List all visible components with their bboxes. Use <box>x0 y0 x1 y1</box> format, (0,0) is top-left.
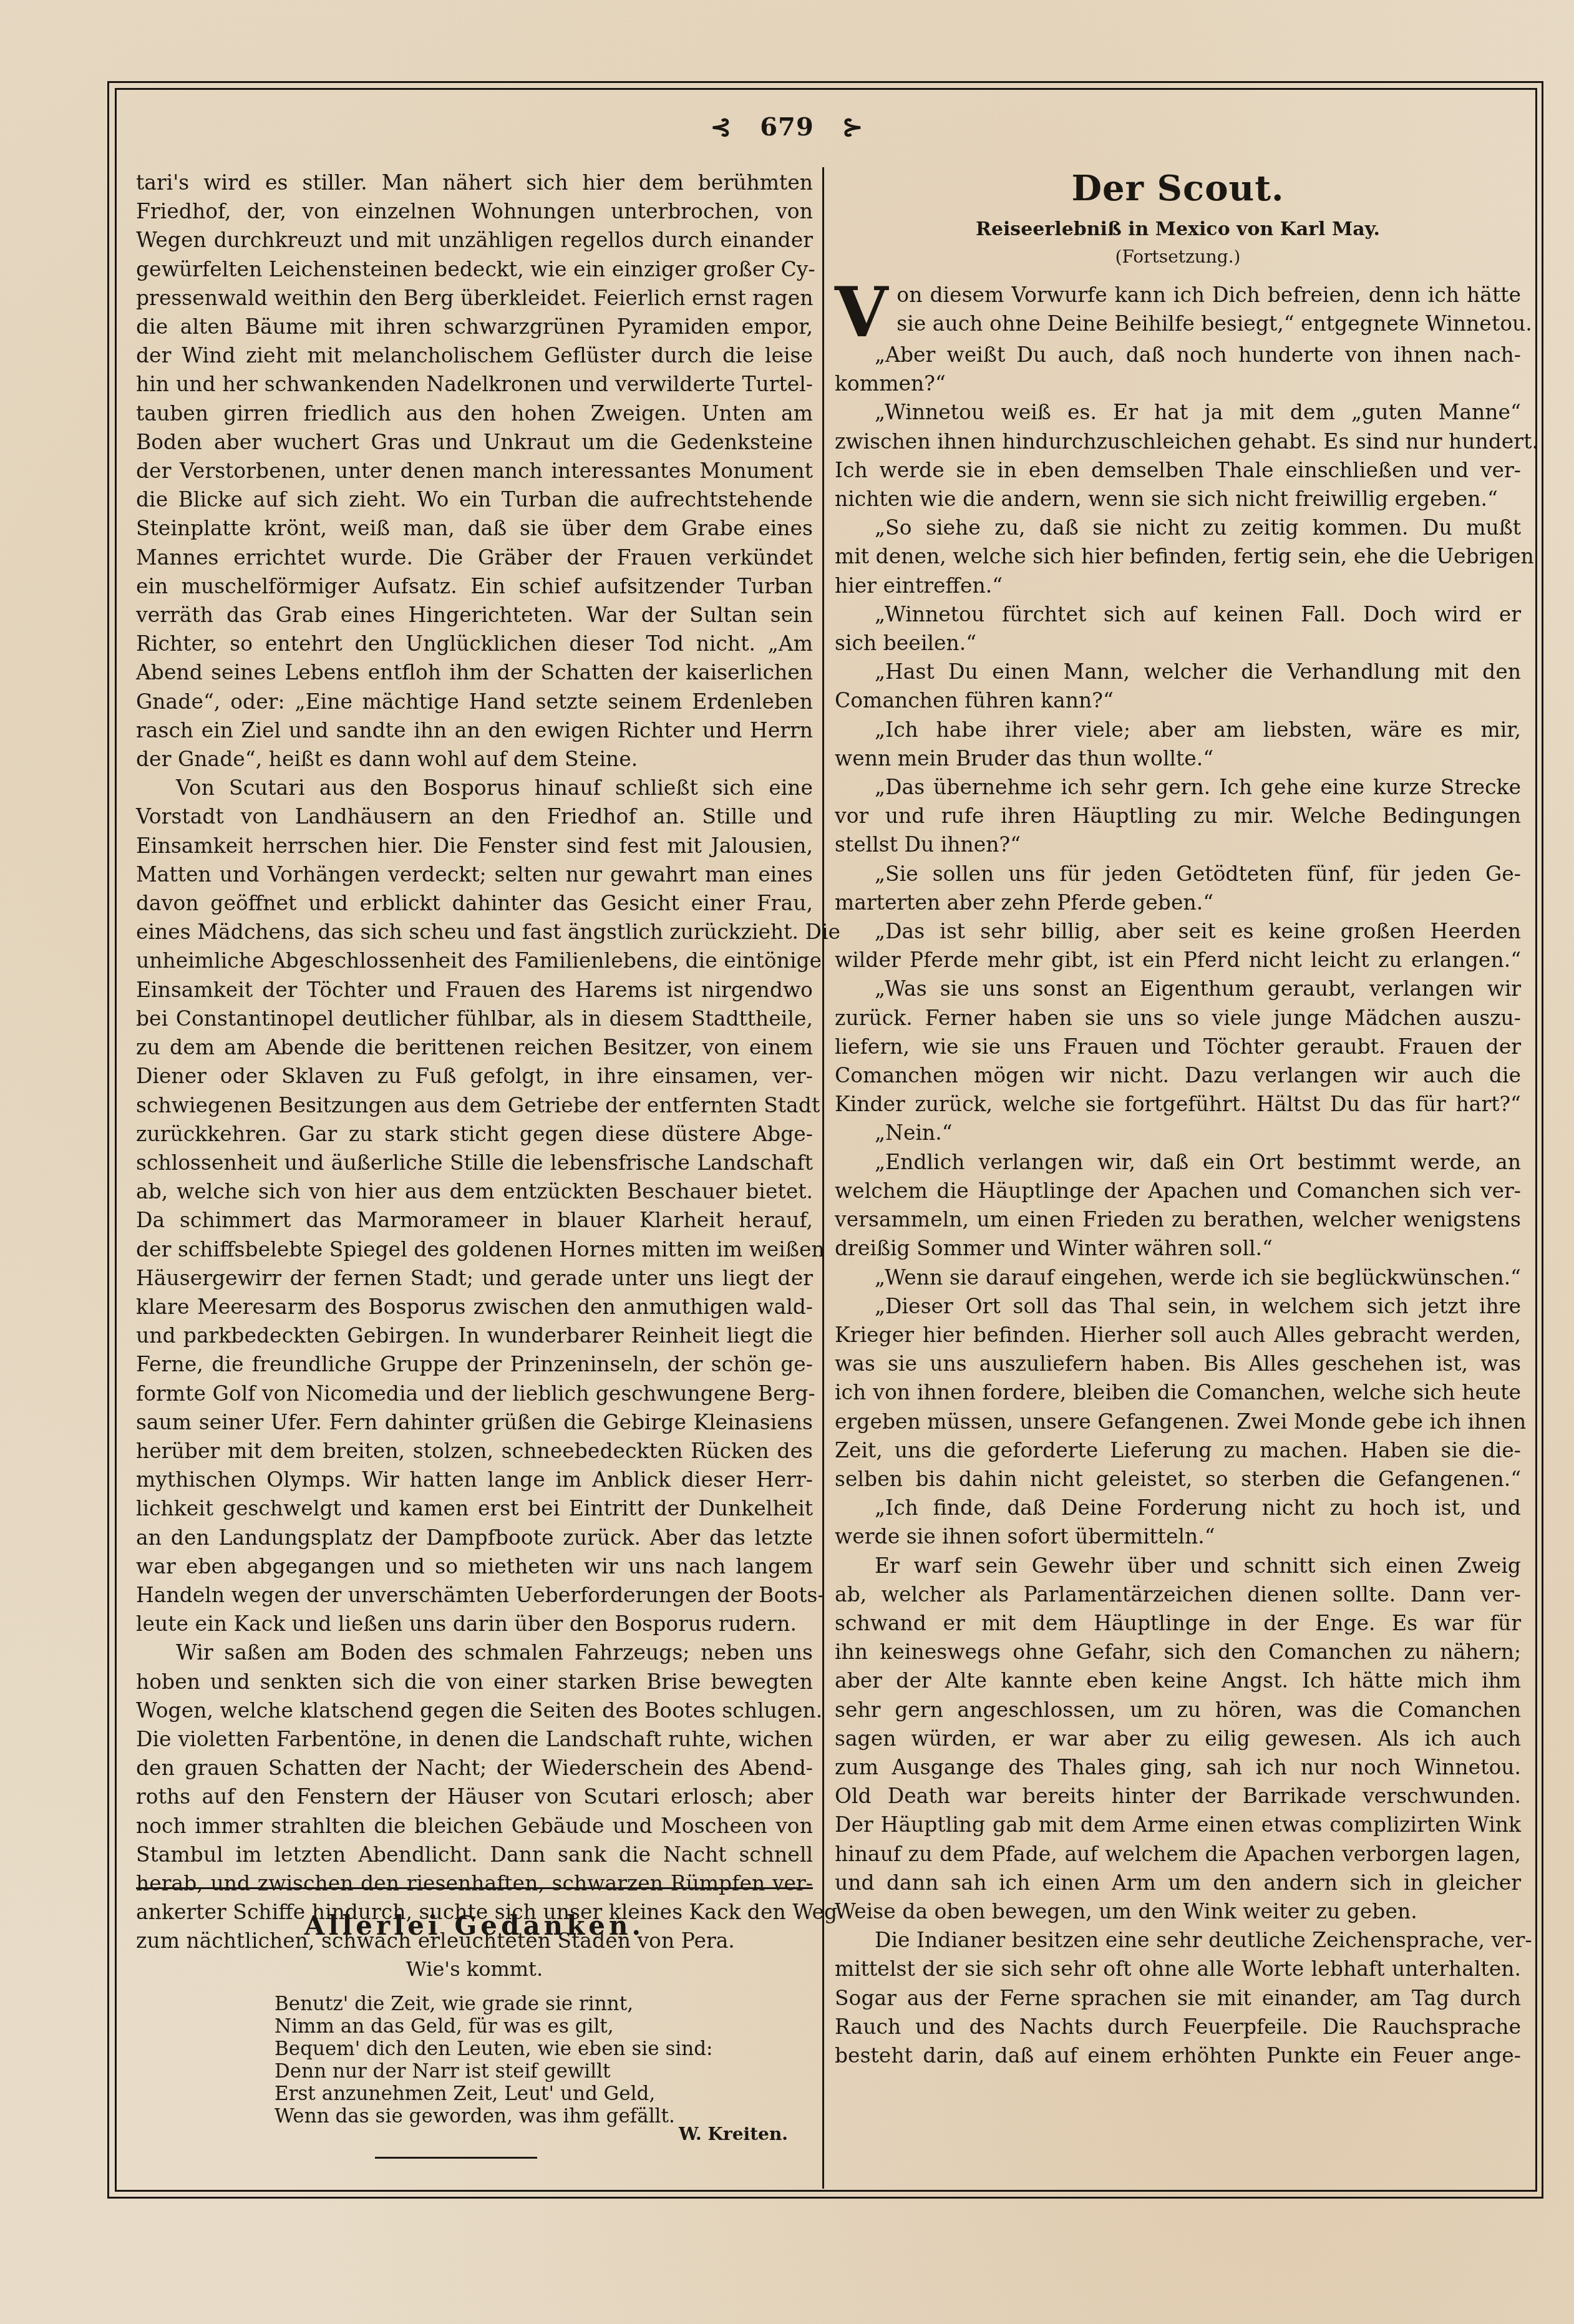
text-line: wilder Pferde mehr gibt, ist ein Pferd n… <box>835 946 1521 975</box>
text-line: nichten wie die andern, wenn sie sich ni… <box>835 485 1521 513</box>
text-line: schlossenheit und äußerliche Stille die … <box>136 1149 813 1177</box>
text-line: sagen würden, er war aber zu eilig gewes… <box>835 1724 1521 1753</box>
end-rule <box>375 2157 537 2159</box>
poem-line: Bequem' dich den Leuten, wie eben sie si… <box>274 2038 813 2060</box>
text-line: was sie uns auszuliefern haben. Bis Alle… <box>835 1349 1521 1378</box>
text-line: schwiegenen Besitzungen aus dem Getriebe… <box>136 1091 813 1120</box>
text-line: der Wind zieht mit melancholischem Geflü… <box>136 341 813 370</box>
text-line: „Sie sollen uns für jeden Getödteten fün… <box>835 860 1521 888</box>
text-line: „Nein.“ <box>835 1119 1521 1147</box>
ornament-left-icon: ⊰ <box>711 112 732 142</box>
text-line: „Dieser Ort soll das Thal sein, in welch… <box>835 1292 1521 1321</box>
text-line: die Blicke auf sich zieht. Wo ein Turban… <box>136 485 813 514</box>
text-line: Steinplatte krönt, weiß man, daß sie übe… <box>136 514 813 543</box>
text-line: Ich werde sie in eben demselben Thale ei… <box>835 456 1521 485</box>
text-line: davon geöffnet und erblickt dahinter das… <box>136 889 813 918</box>
text-line: Da schimmert das Marmorameer in blauer K… <box>136 1206 813 1235</box>
right-column: Der Scout. Reiseerlebniß in Mexico von K… <box>835 168 1521 2070</box>
text-line: mit denen, welche sich hier befinden, fe… <box>835 542 1521 571</box>
text-line: selben bis dahin nicht geleistet, so ste… <box>835 1465 1521 1494</box>
poem-body: Benutz' die Zeit, wie grade sie rinnt, N… <box>274 1993 813 2127</box>
left-column: tari's wird es stiller. Man nähert sich … <box>136 168 813 1956</box>
text-line: „Das ist sehr billig, aber seit es keine… <box>835 917 1521 946</box>
text-line: der Gnade“, heißt es dann wohl auf dem S… <box>136 745 813 774</box>
text-line: schwand er mit dem Häuptlinge in der Eng… <box>835 1609 1521 1638</box>
text-line: „Hast Du einen Mann, welcher die Verhand… <box>835 658 1521 686</box>
text-line: wenn mein Bruder das thun wollte.“ <box>835 744 1521 773</box>
text-line: besteht darin, daß auf einem erhöhten Pu… <box>835 2041 1521 2070</box>
page-number: 679 <box>760 112 814 142</box>
text-line: ab, welche sich von hier aus dem entzück… <box>136 1177 813 1206</box>
text-line: lichkeit geschwelgt und kamen erst bei E… <box>136 1494 813 1523</box>
text-line: Er warf sein Gewehr über und schnitt sic… <box>835 1552 1521 1580</box>
text-line: Comanchen führen kann?“ <box>835 686 1521 715</box>
text-line: ihn keineswegs ohne Gefahr, sich den Com… <box>835 1638 1521 1666</box>
section-title: Allerlei Gedanken. <box>136 1910 813 1942</box>
text-line: war eben abgegangen und so mietheten wir… <box>136 1552 813 1581</box>
text-line: saum seiner Ufer. Fern dahinter grüßen d… <box>136 1408 813 1437</box>
article-lines: „Aber weißt Du auch, daß noch hunderte v… <box>835 341 1521 2070</box>
text-line: ergeben müssen, unsere Gefangenen. Zwei … <box>835 1408 1521 1436</box>
poem-line: Nimm an das Geld, für was es gilt, <box>274 2015 813 2038</box>
text-line: Zeit, uns die geforderte Lieferung zu ma… <box>835 1436 1521 1465</box>
text-line: zwischen ihnen hindurchzuschleichen geha… <box>835 427 1521 456</box>
text-line: Einsamkeit der Töchter und Frauen des Ha… <box>136 976 813 1004</box>
text-line: „Endlich verlangen wir, daß ein Ort best… <box>835 1148 1521 1177</box>
text-line: gewürfelten Leichensteinen bedeckt, wie … <box>136 255 813 284</box>
text-line: Die violetten Farbentöne, in denen die L… <box>136 1725 813 1754</box>
text-line: zurück. Ferner haben sie uns so viele ju… <box>835 1004 1521 1033</box>
text-line: Wegen durchkreuzt und mit unzähligen reg… <box>136 226 813 255</box>
text-line: dreißig Sommer und Winter währen soll.“ <box>835 1234 1521 1263</box>
drop-cap: V <box>835 284 888 341</box>
text-line: Diener oder Sklaven zu Fuß gefolgt, in i… <box>136 1062 813 1091</box>
text-line: „Ich habe ihrer viele; aber am liebsten,… <box>835 716 1521 744</box>
text-line: noch immer strahlten die bleichen Gebäud… <box>136 1812 813 1840</box>
text-line: versammeln, um einen Frieden zu berathen… <box>835 1205 1521 1234</box>
text-line: hoben und senkten sich die von einer sta… <box>136 1668 813 1696</box>
text-line: zurückkehren. Gar zu stark sticht gegen … <box>136 1120 813 1149</box>
text-line: an den Landungsplatz der Dampfboote zurü… <box>136 1524 813 1552</box>
text-line: den grauen Schatten der Nacht; der Wiede… <box>136 1754 813 1782</box>
poem-section: Allerlei Gedanken. Wie's kommt. Benutz' … <box>136 1887 813 2159</box>
text-line: stellst Du ihnen?“ <box>835 830 1521 859</box>
text-line: Friedhof, der, von einzelnen Wohnungen u… <box>136 197 813 226</box>
text-line: eines Mädchens, das sich scheu und fast … <box>136 918 813 946</box>
text-line: Old Death war bereits hinter der Barrika… <box>835 1782 1521 1811</box>
text-line: und parkbedeckten Gebirgen. In wunderbar… <box>136 1321 813 1350</box>
text-line: Kinder zurück, welche sie fortgeführt. H… <box>835 1090 1521 1119</box>
text-line: Ferne, die freundliche Gruppe der Prinze… <box>136 1350 813 1379</box>
text-line: Comanchen mögen wir nicht. Dazu verlange… <box>835 1061 1521 1090</box>
text-line: formte Golf von Nicomedia und der liebli… <box>136 1379 813 1408</box>
text-line: „Was sie uns sonst an Eigenthum geraubt,… <box>835 975 1521 1003</box>
text-line: liefern, wie sie uns Frauen und Töchter … <box>835 1033 1521 1061</box>
text-line: sich beeilen.“ <box>835 629 1521 658</box>
text-line: Boden aber wuchert Gras und Unkraut um d… <box>136 428 813 457</box>
text-line: zum Ausgange des Thales ging, sah ich nu… <box>835 1753 1521 1782</box>
column-divider <box>822 167 824 2189</box>
text-line: „Das übernehme ich sehr gern. Ich gehe e… <box>835 773 1521 802</box>
article-subtitle: Reiseerlebniß in Mexico von Karl May. <box>835 215 1521 245</box>
text-line: hier eintreffen.“ <box>835 571 1521 600</box>
text-line: der schiffsbelebte Spiegel des goldenen … <box>136 1235 813 1264</box>
text-line: Sogar aus der Ferne sprachen sie mit ein… <box>835 1984 1521 2013</box>
text-line: Von Scutari aus den Bosporus hinauf schl… <box>136 774 813 802</box>
text-line: ein muschelförmiger Aufsatz. Ein schief … <box>136 572 813 601</box>
article-title: Der Scout. <box>835 168 1521 208</box>
text-line: roths auf den Fenstern der Häuser von Sc… <box>136 1782 813 1811</box>
text-line: pressenwald weithin den Berg überkleidet… <box>136 284 813 313</box>
poem-title: Wie's kommt. <box>136 1957 813 1981</box>
text-line: Einsamkeit herrschen hier. Die Fenster s… <box>136 832 813 860</box>
text-line: ich von ihnen fordere, bleiben die Coman… <box>835 1378 1521 1407</box>
article-continuation-note: (Fortsetzung.) <box>835 245 1521 270</box>
text-line: leute ein Kack und ließen uns darin über… <box>136 1610 813 1638</box>
text-line: tauben girren friedlich aus den hohen Zw… <box>136 399 813 428</box>
text-line: unheimliche Abgeschlossenheit des Famili… <box>136 946 813 975</box>
text-line: herüber mit dem breiten, stolzen, schnee… <box>136 1437 813 1466</box>
text-line: sehr gern angeschlossen, um zu hören, wa… <box>835 1696 1521 1724</box>
text-line: „So siehe zu, daß sie nicht zu zeitig ko… <box>835 513 1521 542</box>
text-line: Wir saßen am Boden des schmalen Fahrzeug… <box>136 1638 813 1667</box>
text-line: mythischen Olymps. Wir hatten lange im A… <box>136 1466 813 1494</box>
text-line: klare Meeresarm des Bosporus zwischen de… <box>136 1293 813 1321</box>
text-line: welchem die Häuptlinge der Apachen und C… <box>835 1177 1521 1205</box>
text-line: marterten aber zehn Pferde geben.“ <box>835 888 1521 917</box>
text-line: zu dem am Abende die berittenen reichen … <box>136 1033 813 1062</box>
text-line: Der Häuptling gab mit dem Arme einen etw… <box>835 1811 1521 1839</box>
text-line: hinauf zu dem Pfade, auf welchem die Apa… <box>835 1840 1521 1869</box>
text-line: hin und her schwankenden Nadelkronen und… <box>136 370 813 399</box>
page-header: ⊰ 679 ⊱ <box>0 112 1574 142</box>
text-line: werde sie ihnen sofort übermitteln.“ <box>835 1522 1521 1551</box>
text-line: Gnade“, oder: „Eine mächtige Hand setzte… <box>136 688 813 716</box>
text-line: aber der Alte kannte eben keine Angst. I… <box>835 1666 1521 1695</box>
text-line: Vorstadt von Landhäusern an den Friedhof… <box>136 802 813 831</box>
text-line: „Winnetou weiß es. Er hat ja mit dem „gu… <box>835 398 1521 427</box>
poem-line: Benutz' die Zeit, wie grade sie rinnt, <box>274 1993 813 2015</box>
text-line: Stambul im letzten Abendlicht. Dann sank… <box>136 1840 813 1869</box>
text-line: „Wenn sie darauf eingehen, werde ich sie… <box>835 1263 1521 1292</box>
text-line: sie auch ohne Deine Beihilfe besiegt,“ e… <box>835 309 1521 338</box>
poem-line: Erst anzunehmen Zeit, Leut' und Geld, <box>274 2083 813 2105</box>
text-line: kommen?“ <box>835 369 1521 398</box>
opening-paragraph: V on diesem Vorwurfe kann ich Dich befre… <box>835 281 1521 341</box>
text-line: Rauch und des Nachts durch Feuerpfeile. … <box>835 2013 1521 2041</box>
text-line: vor und rufe ihren Häuptling zu mir. Wel… <box>835 802 1521 830</box>
text-line: Wogen, welche klatschend gegen die Seite… <box>136 1696 813 1725</box>
poem-line: Denn nur der Narr ist steif gewillt <box>274 2060 813 2083</box>
text-line: ab, welcher als Parlamentärzeichen diene… <box>835 1580 1521 1609</box>
article-body: V on diesem Vorwurfe kann ich Dich befre… <box>835 281 1521 2070</box>
section-rule <box>136 1887 813 1889</box>
ornament-right-icon: ⊱ <box>842 112 864 142</box>
text-line: Mannes errichtet wurde. Die Gräber der F… <box>136 543 813 572</box>
text-line: der Verstorbenen, unter denen manch inte… <box>136 457 813 485</box>
text-line: Die Indianer besitzen eine sehr deutlich… <box>835 1926 1521 1955</box>
text-line: rasch ein Ziel und sandte ihn an den ewi… <box>136 716 813 745</box>
text-line: Richter, so entehrt den Unglücklichen di… <box>136 630 813 658</box>
text-line: bei Constantinopel deutlicher fühlbar, a… <box>136 1004 813 1033</box>
text-line: verräth das Grab eines Hingerichteten. W… <box>136 601 813 630</box>
text-line: Weise da oben bewegen, um den Wink weite… <box>835 1897 1521 1926</box>
text-line: Handeln wegen der unverschämten Ueberfor… <box>136 1581 813 1610</box>
text-line: on diesem Vorwurfe kann ich Dich befreie… <box>835 281 1521 309</box>
text-line: und dann sah ich einen Arm um den andern… <box>835 1869 1521 1897</box>
text-line: „Aber weißt Du auch, daß noch hunderte v… <box>835 341 1521 369</box>
text-line: „Winnetou fürchtet sich auf keinen Fall.… <box>835 600 1521 629</box>
text-line: Abend seines Lebens entfloh ihm der Scha… <box>136 658 813 687</box>
text-line: Matten und Vorhängen verdeckt; selten nu… <box>136 860 813 889</box>
text-line: Krieger hier befinden. Hierher soll auch… <box>835 1321 1521 1349</box>
text-line: tari's wird es stiller. Man nähert sich … <box>136 168 813 197</box>
text-line: „Ich finde, daß Deine Forderung nicht zu… <box>835 1494 1521 1522</box>
text-line: Häusergewirr der fernen Stadt; und gerad… <box>136 1264 813 1293</box>
text-line: mittelst der sie sich sehr oft ohne alle… <box>835 1955 1521 1983</box>
text-line: die alten Bäume mit ihren schwarzgrünen … <box>136 313 813 341</box>
